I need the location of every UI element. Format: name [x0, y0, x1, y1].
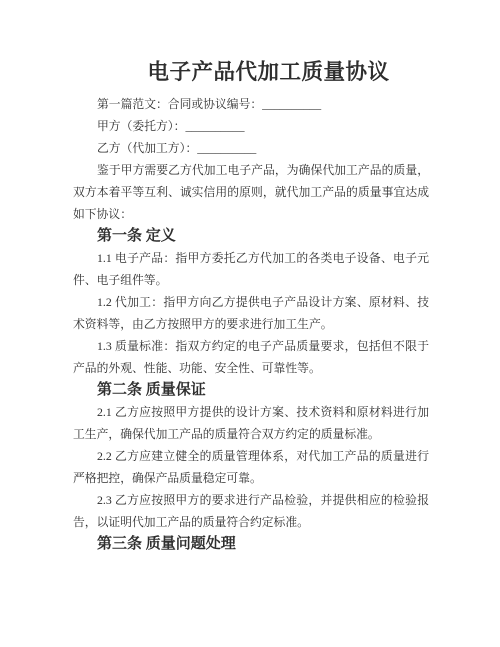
contract-number-blank: __________	[262, 97, 321, 111]
party-a-line: 甲方（委托方）：__________	[73, 115, 429, 137]
heading-article-3: 第三条 质量问题处理	[73, 533, 429, 555]
heading-article-1: 第一条 定义	[73, 225, 429, 247]
clause-1-3: 1.3 质量标准：指双方约定的电子产品质量要求，包括但不限于产品的外观、性能、功…	[73, 335, 429, 379]
party-b-blank: __________	[197, 141, 256, 155]
contract-number-line: 第一篇范文：合同或协议编号：__________	[73, 93, 429, 115]
contract-number-label: 第一篇范文：合同或协议编号：	[97, 97, 262, 111]
clause-2-3: 2.3 乙方应按照甲方的要求进行产品检验，并提供相应的检验报告，以证明代加工产品…	[73, 489, 429, 533]
party-a-blank: __________	[185, 119, 244, 133]
party-a-label: 甲方（委托方）：	[97, 119, 185, 133]
clause-1-1: 1.1 电子产品：指甲方委托乙方代加工的各类电子设备、电子元件、电子组件等。	[73, 247, 429, 291]
document-body: 第一篇范文：合同或协议编号：__________ 甲方（委托方）：_______…	[73, 93, 429, 555]
document-title: 电子产品代加工质量协议	[0, 0, 500, 87]
heading-article-2: 第二条 质量保证	[73, 379, 429, 401]
party-b-label: 乙方（代加工方）：	[97, 141, 197, 155]
document-page: 电子产品代加工质量协议 第一篇范文：合同或协议编号：__________ 甲方（…	[0, 0, 500, 647]
clause-2-1: 2.1 乙方应按照甲方提供的设计方案、技术资料和原材料进行加工生产，确保代加工产…	[73, 401, 429, 445]
clause-2-2: 2.2 乙方应建立健全的质量管理体系，对代加工产品的质量进行严格把控，确保产品质…	[73, 445, 429, 489]
clause-1-2: 1.2 代加工：指甲方向乙方提供电子产品设计方案、原材料、技术资料等，由乙方按照…	[73, 291, 429, 335]
preamble-paragraph: 鉴于甲方需要乙方代加工电子产品，为确保代加工产品的质量，双方本着平等互利、诚实信…	[73, 159, 429, 225]
party-b-line: 乙方（代加工方）：__________	[73, 137, 429, 159]
